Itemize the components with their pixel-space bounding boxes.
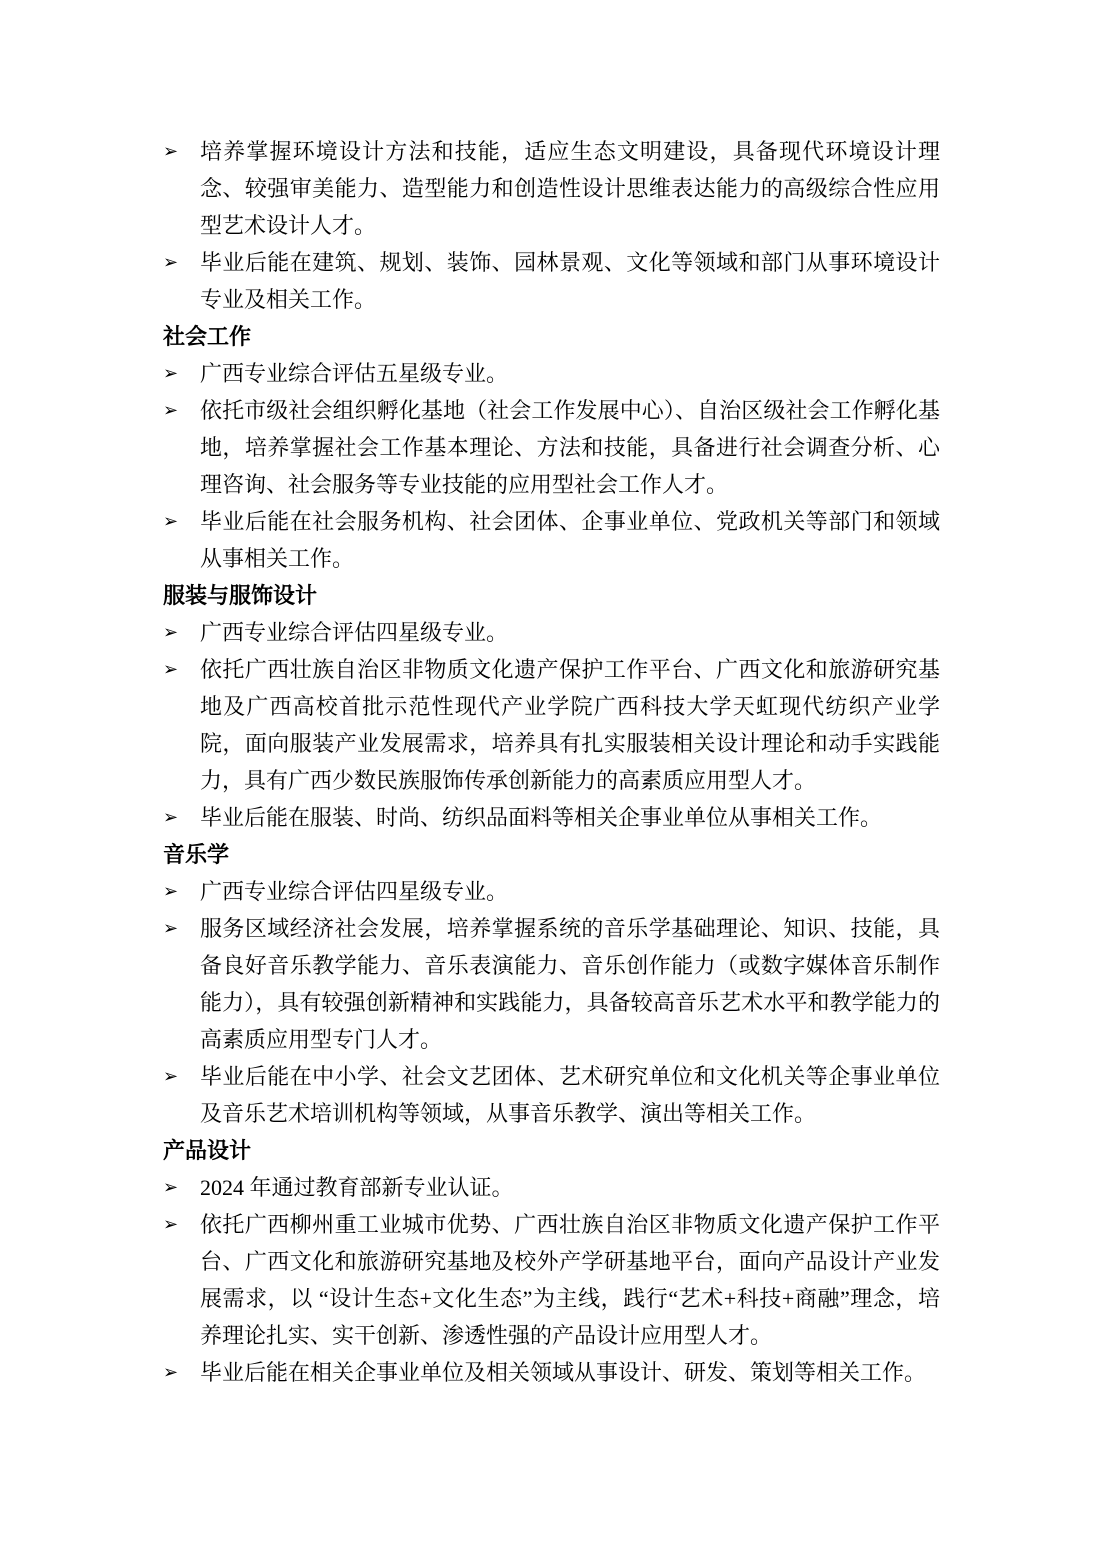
arrow-bullet-icon: ➢ — [163, 651, 200, 688]
arrow-bullet-icon: ➢ — [163, 614, 200, 651]
document-page: ➢ 培养掌握环境设计方法和技能，适应生态文明建设，具备现代环境设计理念、较强审美… — [0, 0, 1102, 1559]
arrow-bullet-icon: ➢ — [163, 799, 200, 836]
list-item: ➢ 毕业后能在建筑、规划、装饰、园林景观、文化等领域和部门从事环境设计专业及相关… — [163, 244, 940, 318]
bullet-text: 依托广西壮族自治区非物质文化遗产保护工作平台、广西文化和旅游研究基地及广西高校首… — [200, 651, 940, 799]
arrow-bullet-icon: ➢ — [163, 392, 200, 429]
bullet-text: 毕业后能在建筑、规划、装饰、园林景观、文化等领域和部门从事环境设计专业及相关工作… — [200, 244, 940, 318]
arrow-bullet-icon: ➢ — [163, 910, 200, 947]
list-item: ➢ 依托市级社会组织孵化基地（社会工作发展中心）、自治区级社会工作孵化基地，培养… — [163, 392, 940, 503]
list-item: ➢ 毕业后能在相关企事业单位及相关领域从事设计、研发、策划等相关工作。 — [163, 1354, 940, 1391]
arrow-bullet-icon: ➢ — [163, 1206, 200, 1243]
bullet-text: 广西专业综合评估四星级专业。 — [200, 614, 940, 651]
list-item: ➢ 依托广西柳州重工业城市优势、广西壮族自治区非物质文化遗产保护工作平台、广西文… — [163, 1206, 940, 1354]
bullet-text: 毕业后能在社会服务机构、社会团体、企事业单位、党政机关等部门和领域从事相关工作。 — [200, 503, 940, 577]
section-heading-musicology: 音乐学 — [163, 836, 940, 873]
bullet-text: 毕业后能在中小学、社会文艺团体、艺术研究单位和文化机关等企事业单位及音乐艺术培训… — [200, 1058, 940, 1132]
list-item: ➢ 广西专业综合评估四星级专业。 — [163, 614, 940, 651]
arrow-bullet-icon: ➢ — [163, 244, 200, 281]
list-item: ➢ 毕业后能在中小学、社会文艺团体、艺术研究单位和文化机关等企事业单位及音乐艺术… — [163, 1058, 940, 1132]
bullet-text: 服务区域经济社会发展，培养掌握系统的音乐学基础理论、知识、技能，具备良好音乐教学… — [200, 910, 940, 1058]
arrow-bullet-icon: ➢ — [163, 133, 200, 170]
bullet-text: 毕业后能在服装、时尚、纺织品面料等相关企事业单位从事相关工作。 — [200, 799, 940, 836]
arrow-bullet-icon: ➢ — [163, 1058, 200, 1095]
list-item: ➢ 服务区域经济社会发展，培养掌握系统的音乐学基础理论、知识、技能，具备良好音乐… — [163, 910, 940, 1058]
bullet-text: 广西专业综合评估五星级专业。 — [200, 355, 940, 392]
list-item: ➢ 广西专业综合评估五星级专业。 — [163, 355, 940, 392]
bullet-text: 广西专业综合评估四星级专业。 — [200, 873, 940, 910]
bullet-text: 依托市级社会组织孵化基地（社会工作发展中心）、自治区级社会工作孵化基地，培养掌握… — [200, 392, 940, 503]
list-item: ➢ 2024 年通过教育部新专业认证。 — [163, 1169, 940, 1206]
bullet-text: 依托广西柳州重工业城市优势、广西壮族自治区非物质文化遗产保护工作平台、广西文化和… — [200, 1206, 940, 1354]
section-heading-fashion-design: 服装与服饰设计 — [163, 577, 940, 614]
list-item: ➢ 毕业后能在服装、时尚、纺织品面料等相关企事业单位从事相关工作。 — [163, 799, 940, 836]
bullet-text: 毕业后能在相关企事业单位及相关领域从事设计、研发、策划等相关工作。 — [200, 1354, 940, 1391]
arrow-bullet-icon: ➢ — [163, 355, 200, 392]
arrow-bullet-icon: ➢ — [163, 873, 200, 910]
arrow-bullet-icon: ➢ — [163, 1169, 200, 1206]
bullet-text: 培养掌握环境设计方法和技能，适应生态文明建设，具备现代环境设计理念、较强审美能力… — [200, 133, 940, 244]
arrow-bullet-icon: ➢ — [163, 1354, 200, 1391]
list-item: ➢ 广西专业综合评估四星级专业。 — [163, 873, 940, 910]
list-item: ➢ 依托广西壮族自治区非物质文化遗产保护工作平台、广西文化和旅游研究基地及广西高… — [163, 651, 940, 799]
section-heading-social-work: 社会工作 — [163, 318, 940, 355]
arrow-bullet-icon: ➢ — [163, 503, 200, 540]
list-item: ➢ 培养掌握环境设计方法和技能，适应生态文明建设，具备现代环境设计理念、较强审美… — [163, 133, 940, 244]
list-item: ➢ 毕业后能在社会服务机构、社会团体、企事业单位、党政机关等部门和领域从事相关工… — [163, 503, 940, 577]
section-heading-product-design: 产品设计 — [163, 1132, 940, 1169]
bullet-text: 2024 年通过教育部新专业认证。 — [200, 1169, 940, 1206]
